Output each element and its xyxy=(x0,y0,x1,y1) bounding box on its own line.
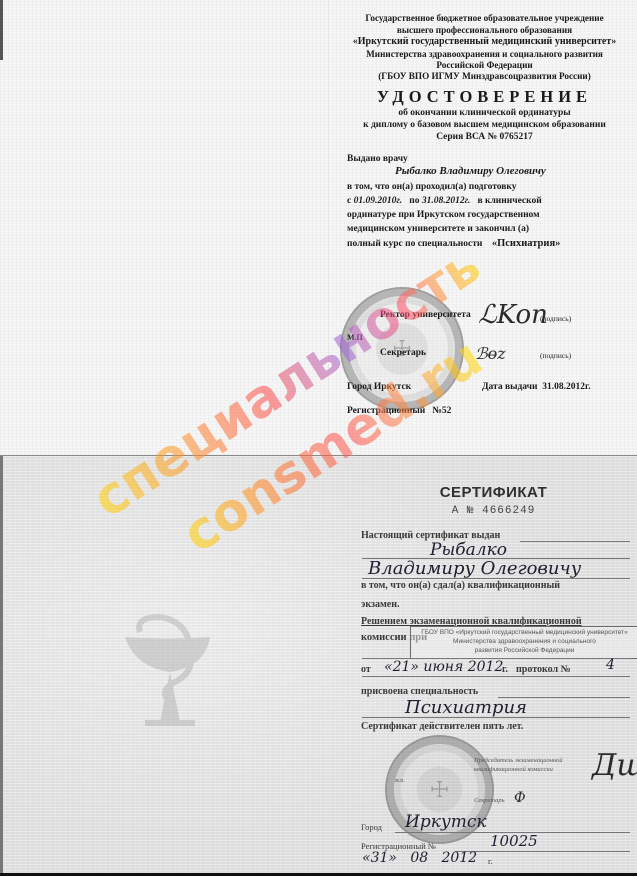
body-line-2: в клинической xyxy=(477,196,541,206)
specialty-label: присвоена специальность xyxy=(361,686,478,697)
year-suffix: г. xyxy=(502,664,508,675)
mp-label: М.П xyxy=(347,330,363,345)
secretary-signature: ℬo̶z xyxy=(475,344,506,363)
handwritten-city: Иркутск xyxy=(405,812,487,832)
stamp-line-3: развития Российской Федерации xyxy=(411,646,637,655)
mp-label: м.п. xyxy=(395,778,405,784)
period-to-prefix: по xyxy=(409,196,419,206)
certificate-number: А № 4666249 xyxy=(350,505,637,517)
udostoverenie-page: Государственное бюджетное образовательно… xyxy=(0,0,637,455)
header-line-2: высшего профессионального образования xyxy=(332,24,637,36)
issue-year-suffix: г. xyxy=(488,856,493,866)
document-title: УДОСТОВЕРЕНИЕ xyxy=(332,87,637,107)
secretary-label: Секретарь xyxy=(380,346,426,361)
chair-label-1: Председатель экзаменационной xyxy=(474,757,563,764)
body-line-1: в том, что он(а) проходил(а) подготовку xyxy=(347,180,516,195)
underline xyxy=(520,541,630,542)
validity-text: Сертификат действителен пять лет. xyxy=(361,721,523,732)
commission-stamp: ГБОУ ВПО «Иркутский государственный меди… xyxy=(410,626,637,659)
stamp-line-1: ГБОУ ВПО «Иркутский государственный меди… xyxy=(411,628,637,637)
period-line: с 01.09.2010г. по 31.08.2012г. в клиниче… xyxy=(347,194,542,209)
body-line-4: медицинском университете и закончил (а) xyxy=(347,222,529,237)
handwritten-name: Владимиру Олеговичу xyxy=(368,558,581,579)
rector-signature: ℒKon xyxy=(478,300,548,330)
secretary-signature: Ф xyxy=(514,790,526,806)
handwritten-surname: Рыбалко xyxy=(430,540,507,560)
period-from-prefix: с xyxy=(347,196,351,206)
handwritten-specialty: Психиатрия xyxy=(405,697,527,718)
bowl-of-hygieia-icon xyxy=(115,612,230,737)
registration-line: Регистрационный №52 xyxy=(347,404,451,419)
body-line-5: полный курс по специальности xyxy=(347,239,482,249)
rector-signature-caption: (подпись) xyxy=(540,314,571,323)
protocol-label: протокол № xyxy=(516,664,571,675)
coat-of-arms-icon: ☩ xyxy=(430,777,450,803)
decision-year: 2012 xyxy=(468,659,504,675)
chair-label-2: квалификационной комиссии xyxy=(474,766,553,773)
city-label: Город xyxy=(361,822,382,832)
stamp-line-2: Министерства здравоохранения и социально… xyxy=(411,637,637,646)
exam-text: экзамен. xyxy=(361,599,399,610)
underline xyxy=(362,717,630,718)
body-line-3: ординатуре при Иркутском государственном xyxy=(347,208,540,223)
header-line-1: Государственное бюджетное образовательно… xyxy=(332,12,637,24)
underline xyxy=(362,676,630,677)
registration-number: 10025 xyxy=(490,832,538,850)
date-prefix: от xyxy=(361,664,371,675)
city-label: Город Иркутск xyxy=(347,380,411,395)
subtitle-line-1: об окончании клинической ординатуры xyxy=(332,107,637,119)
period-to: 31.08.2012г. xyxy=(422,196,471,206)
secretary-label: Секретарь xyxy=(474,797,505,804)
decision-day: 21 xyxy=(393,659,411,675)
chair-signature: Дш xyxy=(592,748,637,783)
fold-line xyxy=(328,0,329,455)
issue-day: 31 xyxy=(371,850,389,866)
decision-date: «21» июня 2012 xyxy=(384,659,503,675)
recipient-name: Рыбалко Владимиру Олеговичу xyxy=(395,165,546,177)
registration-number: №52 xyxy=(432,406,451,416)
specialty: «Психиатрия» xyxy=(492,238,561,249)
header-line-3: «Иркутский государственный медицинский у… xyxy=(332,36,637,48)
secretary-signature-caption: (подпись) xyxy=(540,351,571,360)
issue-date: 31.08.2012г. xyxy=(542,382,590,392)
rector-label: Ректор университета xyxy=(380,308,471,323)
specialty-line: полный курс по специальности «Психиатрия… xyxy=(347,236,560,252)
series-number: Серия ВСА № 0765217 xyxy=(332,131,637,143)
registration-label: Регистрационный xyxy=(347,406,425,416)
issue-date-label: Дата выдачи xyxy=(482,382,538,392)
issue-month: 08 xyxy=(410,850,428,866)
header-line-6: (ГБОУ ВПО ИГМУ Минздравсоцразвития Росси… xyxy=(332,70,637,82)
protocol-number: 4 xyxy=(606,657,615,673)
issue-date-line: Дата выдачи 31.08.2012г. xyxy=(482,380,591,395)
underline xyxy=(455,851,630,852)
issue-year: 2012 xyxy=(442,850,478,866)
decision-month: июня xyxy=(423,659,463,675)
passed-text: в том, что он(а) сдал(а) квалификационны… xyxy=(361,580,560,591)
subtitle-line-2: к диплому о базовом высшем медицинском о… xyxy=(332,119,637,131)
underline xyxy=(362,578,630,579)
certificate-title: СЕРТИФИКАТ xyxy=(350,484,637,501)
period-from: 01.09.2010г. xyxy=(354,196,403,206)
issue-date: «31» 08 2012 xyxy=(362,850,477,866)
